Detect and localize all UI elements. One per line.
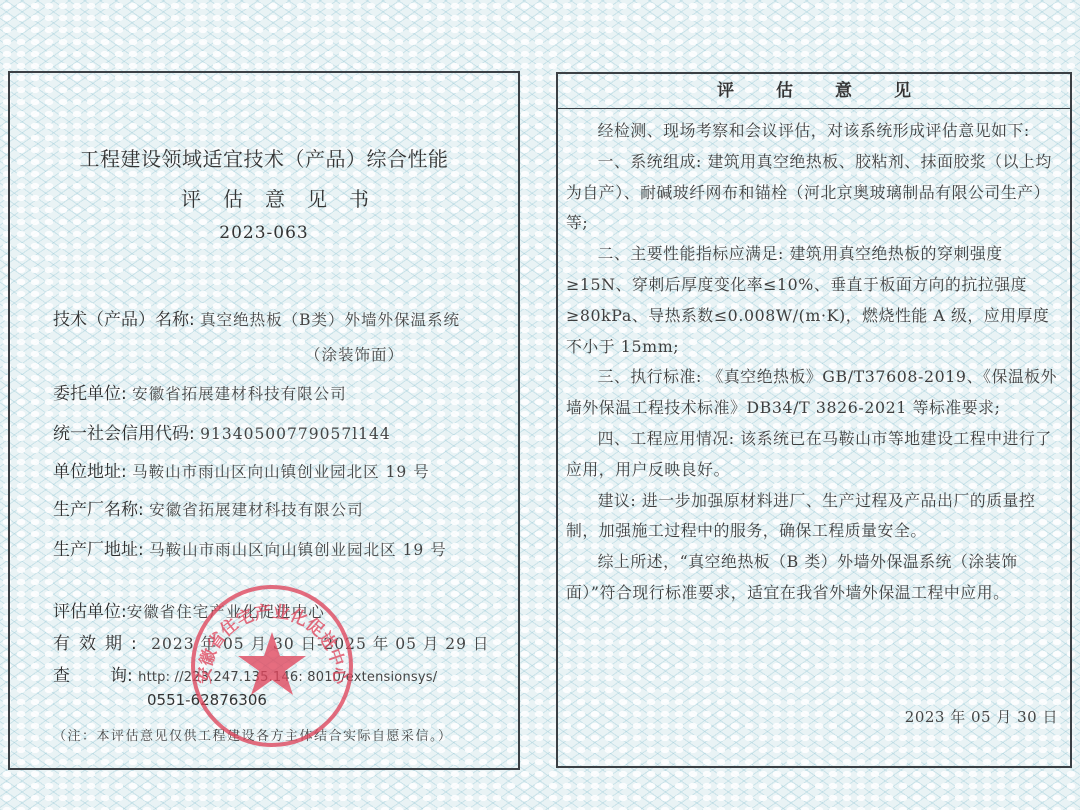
manufacturer-address-value: 马鞍山市雨山区向山镇创业园北区 19 号 xyxy=(149,541,447,559)
manufacturer-value: 安徽省拓展建材科技有限公司 xyxy=(149,501,364,519)
tech-name-value: 真空绝热板（B类）外墙外保温系统 xyxy=(200,311,460,329)
query-url[interactable]: http: //223.247.135.146: 8010/extensions… xyxy=(138,670,437,685)
query-label: 查询: xyxy=(53,666,133,686)
manufacturer-field: 生产厂名称: 安徽省拓展建材科技有限公司 xyxy=(53,495,364,520)
tech-name-field: 技术（产品）名称: 真空绝热板（B类）外墙外保温系统 xyxy=(53,305,460,330)
opinion-paragraph-standards: 三、执行标准: 《真空绝热板》GB/T37608-2019、《保温板外墙外保温工… xyxy=(566,362,1062,424)
evaluator-value: 安徽省住宅产业化促进中心 xyxy=(127,603,325,621)
credit-code-value: 91340500779057l144 xyxy=(200,425,391,443)
unit-address-field: 单位地址: 马鞍山市雨山区向山镇创业园北区 19 号 xyxy=(53,457,430,482)
client-label: 委托单位: xyxy=(53,384,127,404)
opinion-paragraph-performance: 二、主要性能指标应满足: 建筑用真空绝热板的穿刺强度≥15N、穿刺后厚度变化率≤… xyxy=(566,239,1062,362)
opinion-date: 2023 年 05 月 30 日 xyxy=(905,706,1058,727)
opinion-paragraph-suggestion: 建议: 进一步加强原材料进厂、生产过程及产品出厂的质量控制，加强施工过程中的服务… xyxy=(566,486,1062,548)
validity-field: 有效期: 2023 年 05 月 30 日-2025 年 05 月 29 日 xyxy=(53,629,489,654)
opinion-paragraph-composition: 一、系统组成: 建筑用真空绝热板、胶粘剂、抹面胶浆（以上均为自产）、耐碱玻纤网布… xyxy=(566,147,1062,239)
manufacturer-address-field: 生产厂地址: 马鞍山市雨山区向山镇创业园北区 19 号 xyxy=(53,535,447,560)
manufacturer-label: 生产厂名称: xyxy=(53,500,144,520)
certificate-subtitle: 评估意见书 xyxy=(10,183,540,212)
validity-label: 有效期: xyxy=(53,634,146,654)
certificate-cover-page: 工程建设领域适宜技术（产品）综合性能 评估意见书 2023-063 技术（产品）… xyxy=(8,71,520,770)
evaluator-label: 评估单位: xyxy=(53,602,127,622)
credit-code-field: 统一社会信用代码: 91340500779057l144 xyxy=(53,419,391,444)
evaluation-opinion-page: 评估意见 经检测、现场考察和会议评估，对该系统形成评估意见如下: 一、系统组成:… xyxy=(556,72,1072,768)
client-field: 委托单位: 安徽省拓展建材科技有限公司 xyxy=(53,379,347,404)
evaluator-field: 评估单位:安徽省住宅产业化促进中心 xyxy=(53,597,325,622)
disclaimer-note: （注：本评估意见仅供工程建设各方主体结合实际自愿采信。） xyxy=(53,725,453,744)
manufacturer-address-label: 生产厂地址: xyxy=(53,540,144,560)
opinion-paragraph-application: 四、工程应用情况: 该系统已在马鞍山市等地建设工程中进行了应用，用户反映良好。 xyxy=(566,424,1062,486)
unit-address-value: 马鞍山市雨山区向山镇创业园北区 19 号 xyxy=(132,463,430,481)
tech-name-label: 技术（产品）名称: xyxy=(53,310,195,330)
query-label-a: 查 xyxy=(53,666,70,686)
opinion-header: 评估意见 xyxy=(558,74,1070,109)
opinion-body: 经检测、现场考察和会议评估，对该系统形成评估意见如下: 一、系统组成: 建筑用真… xyxy=(566,116,1062,609)
validity-value: 2023 年 05 月 30 日-2025 年 05 月 29 日 xyxy=(151,635,489,653)
opinion-paragraph-conclusion: 综上所述，“真空绝热板（B 类）外墙外保温系统（涂装饰面）”符合现行标准要求，适… xyxy=(566,547,1062,609)
query-phone: 0551-62876306 xyxy=(147,691,267,709)
tech-name-value-line2: （涂装饰面） xyxy=(305,343,404,365)
certificate-number: 2023-063 xyxy=(10,223,518,243)
certificate-title: 工程建设领域适宜技术（产品）综合性能 xyxy=(10,143,518,172)
query-field: 查询: http: //223.247.135.146: 8010/extens… xyxy=(53,661,437,686)
client-value: 安徽省拓展建材科技有限公司 xyxy=(132,385,347,403)
query-label-b: 询: xyxy=(110,666,133,686)
unit-address-label: 单位地址: xyxy=(53,462,127,482)
credit-code-label: 统一社会信用代码: xyxy=(53,424,195,444)
opinion-paragraph-intro: 经检测、现场考察和会议评估，对该系统形成评估意见如下: xyxy=(566,116,1062,147)
